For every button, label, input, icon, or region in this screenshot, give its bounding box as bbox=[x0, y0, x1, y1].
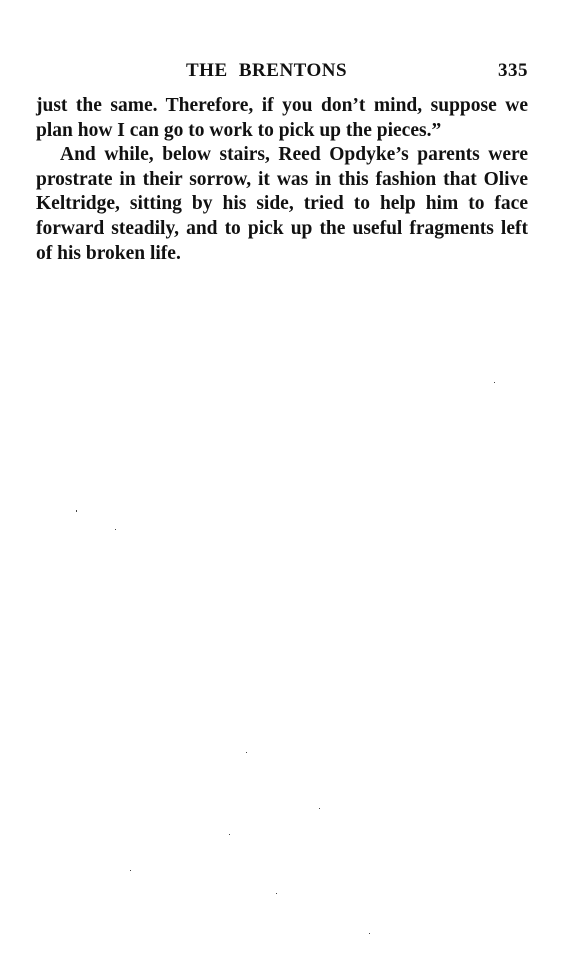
scan-speck bbox=[229, 834, 230, 835]
page-body: just the same. Therefore, if you don’t m… bbox=[36, 94, 528, 266]
page-number: 335 bbox=[498, 60, 528, 82]
running-title: THE BRENTONS bbox=[186, 60, 347, 82]
paragraph-continuation: just the same. Therefore, if you don’t m… bbox=[36, 94, 528, 143]
scan-speck bbox=[76, 510, 77, 512]
scan-speck bbox=[319, 808, 320, 809]
scan-speck bbox=[276, 893, 277, 894]
scan-speck bbox=[494, 382, 495, 383]
scan-speck bbox=[369, 933, 370, 934]
scan-speck bbox=[246, 752, 247, 753]
running-head: THE BRENTONS 335 bbox=[36, 60, 528, 84]
scan-speck bbox=[130, 870, 131, 871]
paragraph: And while, below stairs, Reed Opdyke’s p… bbox=[36, 143, 528, 266]
scan-speck bbox=[115, 529, 116, 530]
